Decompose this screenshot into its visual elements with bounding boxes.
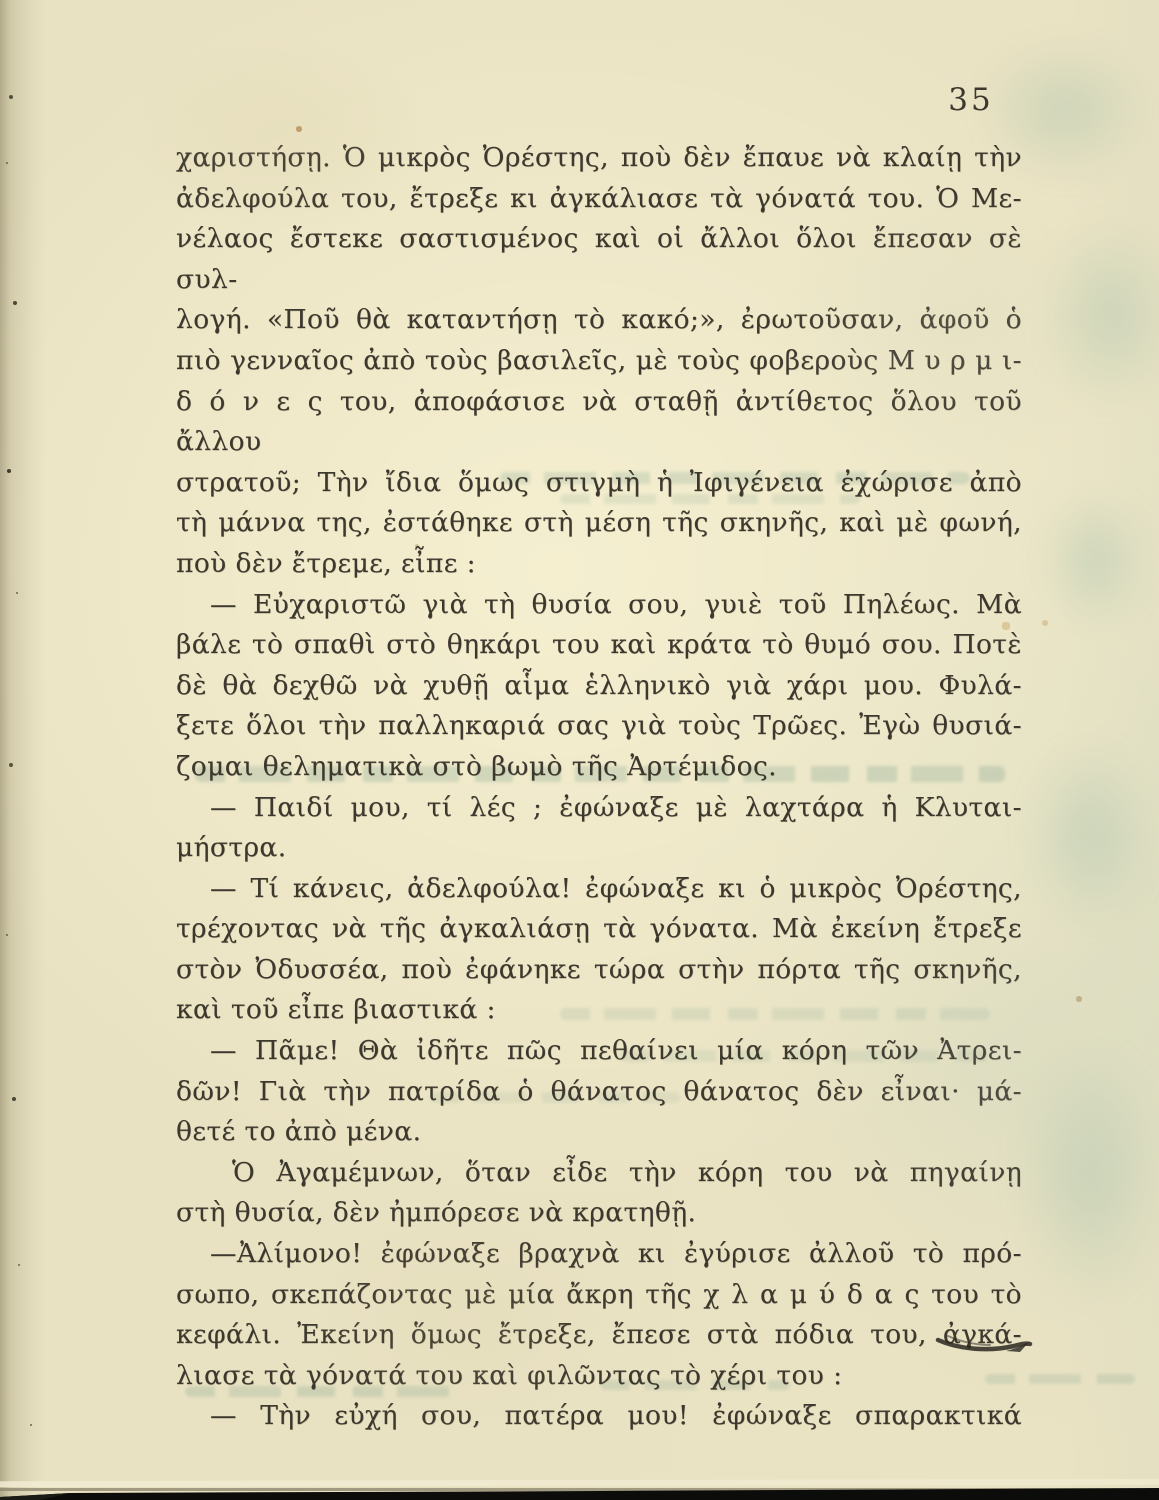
showthrough-blot — [1025, 740, 1155, 930]
page-binding-shadow — [0, 0, 46, 1500]
book-page-scan: 35 χαριστήσῃ. Ὁ μικρὸς Ὀρέστης, ποὺ δὲν … — [0, 0, 1159, 1500]
text-line: — Εὐχαριστῶ γιὰ τὴ θυσία σου, γυιὲ τοῦ Π… — [176, 585, 1022, 626]
text-line: κεφάλι. Ἐκείνη ὅμως ἔτρεξε, ἔπεσε στὰ πό… — [176, 1315, 1022, 1356]
text-line: δ ό ν ε ς του, ἀποφάσισε νὰ σταθῇ ἀντίθε… — [176, 382, 1022, 463]
text-line: ζομαι θεληματικὰ στὸ βωμὸ τῆς Ἀρτέμιδος. — [176, 747, 1022, 788]
text-line: λιασε τὰ γόνατά του καὶ φιλῶντας τὸ χέρι… — [176, 1356, 1022, 1397]
text-line: νέλαος ἔστεκε σαστισμένος καὶ οἱ ἄλλοι ὅ… — [176, 219, 1022, 300]
text-line: καὶ τοῦ εἶπε βιαστικά : — [176, 990, 1022, 1031]
text-line: στρατοῦ; Τὴν ἴδια ὅμως στιγμὴ ἡ Ἰφιγένει… — [176, 463, 1022, 504]
text-line: δὲ θὰ δεχθῶ νὰ χυθῇ αἷμα ἑλληνικὸ γιὰ χά… — [176, 666, 1022, 707]
text-line: δῶν! Γιὰ τὴν πατρίδα ὁ θάνατος θάνατος δ… — [176, 1072, 1022, 1113]
text-line: ἀδελφούλα του, ἔτρεξε κι ἀγκάλιασε τὰ γό… — [176, 179, 1022, 220]
text-line: πιὸ γενναῖος ἀπὸ τοὺς βασιλεῖς, μὲ τοὺς … — [176, 341, 1022, 382]
page-edge-shadow — [0, 1488, 1159, 1491]
showthrough-blot — [1015, 1040, 1159, 1310]
text-line: Ὁ Ἀγαμέμνων, ὅταν εἶδε τὴν κόρη του νὰ π… — [176, 1153, 1022, 1194]
showthrough-blot — [1040, 490, 1150, 630]
text-line: τρέχοντας νὰ τῆς ἀγκαλιάσῃ τὰ γόνατα. Μὰ… — [176, 909, 1022, 950]
showthrough-blot — [1040, 220, 1159, 410]
text-line: μήστρα. — [176, 828, 1022, 869]
text-line: ξετε ὅλοι τὴν παλληκαριά σας γιὰ τοὺς Τρ… — [176, 706, 1022, 747]
text-line: λογή. «Ποῦ θὰ καταντήσῃ τὸ κακό;», ἐρωτο… — [176, 300, 1022, 341]
text-line: στὸν Ὀδυσσέα, ποὺ ἐφάνηκε τώρα στὴν πόρτ… — [176, 950, 1022, 991]
page-text: χαριστήσῃ. Ὁ μικρὸς Ὀρέστης, ποὺ δὲν ἔπα… — [176, 138, 1022, 1437]
text-line: ποὺ δὲν ἔτρεμε, εἶπε : — [176, 544, 1022, 585]
text-line: τὴ μάννα της, ἐστάθηκε στὴ μέση τῆς σκην… — [176, 503, 1022, 544]
text-line: — Τί κάνεις, ἀδελφούλα! ἐφώναξε κι ὁ μικ… — [176, 869, 1022, 910]
page-bottom-edge — [0, 1479, 1159, 1487]
text-line: — Παιδί μου, τί λές ; ἐφώναξε μὲ λαχτάρα… — [176, 788, 1022, 829]
text-line: βάλε τὸ σπαθὶ στὸ θηκάρι του καὶ κράτα τ… — [176, 625, 1022, 666]
text-line: θετέ το ἀπὸ μένα. — [176, 1112, 1022, 1153]
text-line: χαριστήσῃ. Ὁ μικρὸς Ὀρέστης, ποὺ δὲν ἔπα… — [176, 138, 1022, 179]
text-line: — Τὴν εὐχή σου, πατέρα μου! ἐφώναξε σπαρ… — [176, 1396, 1022, 1437]
text-line: σωπο, σκεπάζοντας μὲ μία ἄκρη τῆς χ λ α … — [176, 1275, 1022, 1316]
page-number: 35 — [936, 82, 1006, 118]
text-line: στὴ θυσία, δὲν ἠμπόρεσε νὰ κρατηθῇ. — [176, 1193, 1022, 1234]
text-line: —Ἀλίμονο! ἐφώναξε βραχνὰ κι ἐγύρισε ἀλλο… — [176, 1234, 1022, 1275]
text-line: — Πᾶμε! Θὰ ἰδῆτε πῶς πεθαίνει μία κόρη τ… — [176, 1031, 1022, 1072]
